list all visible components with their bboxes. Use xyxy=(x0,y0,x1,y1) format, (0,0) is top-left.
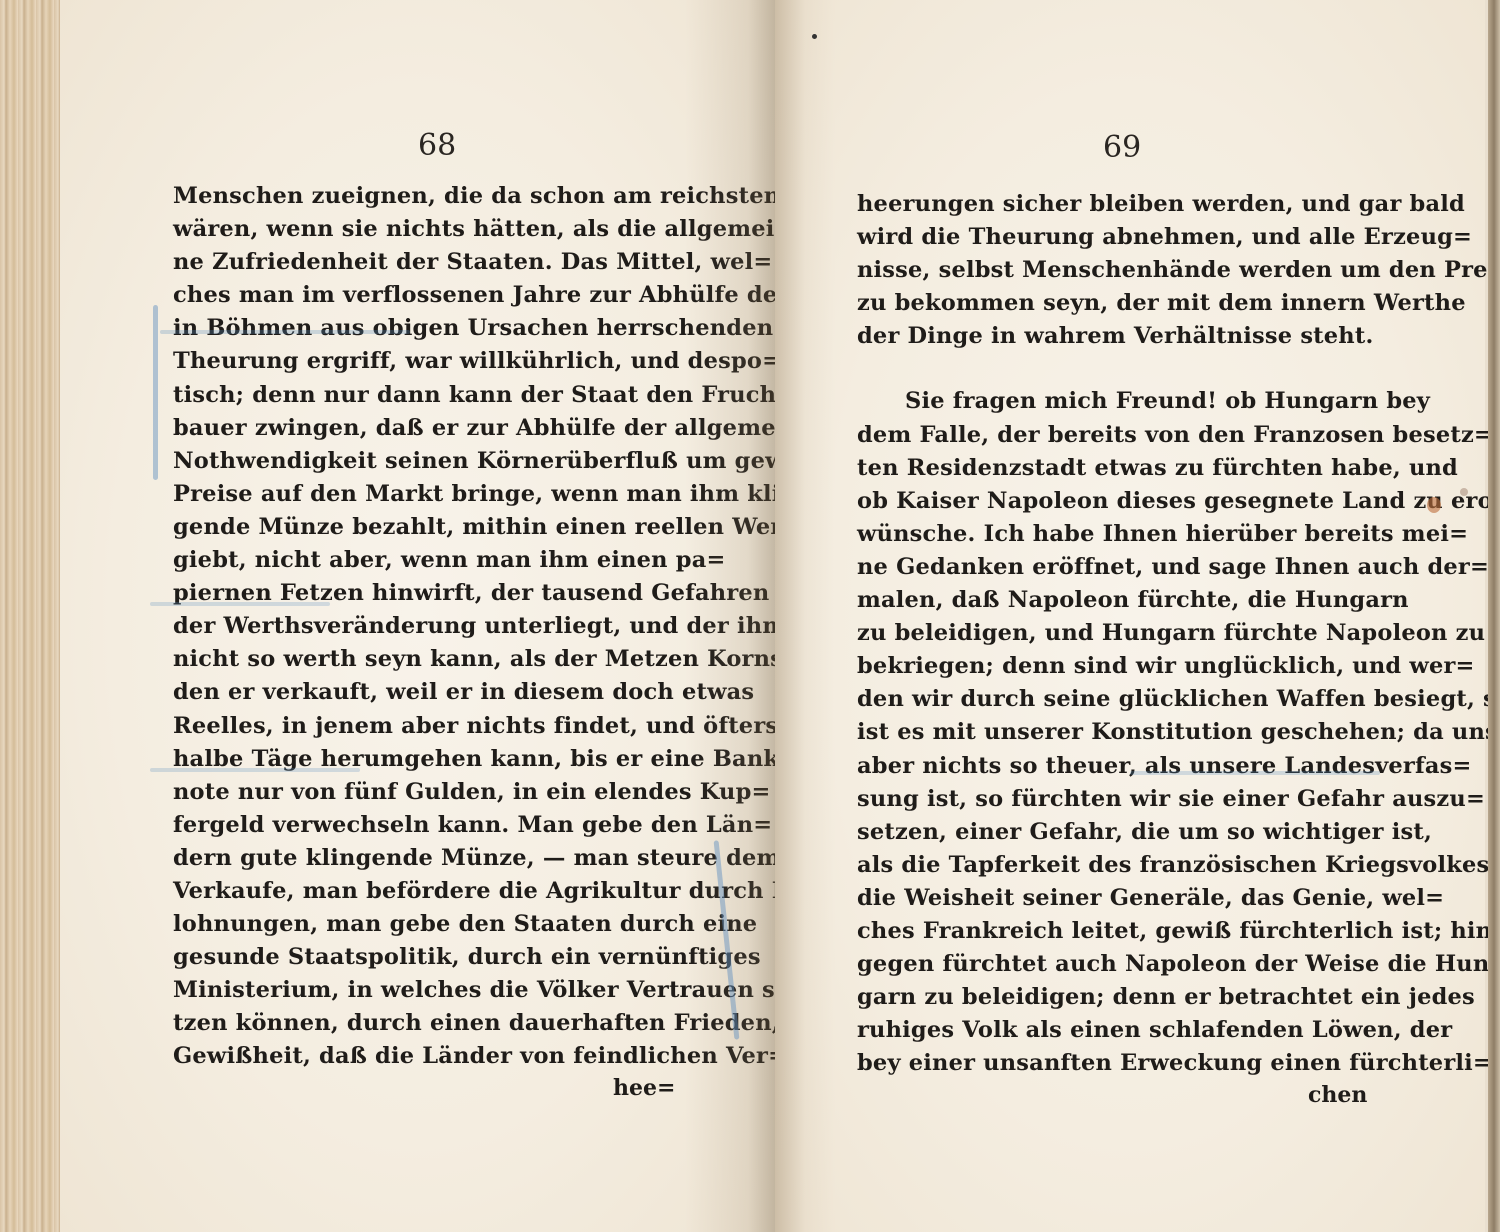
text-line: dem Falle, der bereits von den Franzosen… xyxy=(857,419,1372,452)
paragraph-gap xyxy=(857,353,1372,385)
text-line: wären, wenn sie nichts hätten, als die a… xyxy=(173,213,699,246)
catchword-right: chen xyxy=(1308,1082,1367,1108)
text-line: ne Gedanken eröffnet, und sage Ihnen auc… xyxy=(857,551,1372,584)
text-line: der Werthsveränderung unterliegt, und de… xyxy=(173,610,699,643)
text-line: in Böhmen aus obigen Ursachen herrschend… xyxy=(173,312,699,345)
text-line: die Weisheit seiner Generäle, das Genie,… xyxy=(857,882,1372,915)
text-line: tisch; denn nur dann kann der Staat den … xyxy=(173,379,699,412)
text-line: dern gute klingende Münze, — man steure … xyxy=(173,842,699,875)
text-line: setzen, einer Gefahr, die um so wichtige… xyxy=(857,816,1372,849)
text-line: bauer zwingen, daß er zur Abhülfe der al… xyxy=(173,412,699,445)
text-line: den er verkauft, weil er in diesem doch … xyxy=(173,676,699,709)
text-line: Nothwendigkeit seinen Körnerüberfluß um … xyxy=(173,445,699,478)
blue-pencil-underline xyxy=(160,330,410,334)
text-line: garn zu beleidigen; denn er betrachtet e… xyxy=(857,981,1372,1014)
text-line: Sie fragen mich Freund! ob Hungarn bey xyxy=(857,385,1372,418)
text-line: den wir durch seine glücklichen Waffen b… xyxy=(857,683,1372,716)
text-line: tzen können, durch einen dauerhaften Fri… xyxy=(173,1007,699,1040)
right-page: 69 heerungen sicher bleiben werden, und … xyxy=(775,0,1485,1232)
left-page: 68 Menschen zueignen, die da schon am re… xyxy=(60,0,775,1232)
text-line: ne Zufriedenheit der Staaten. Das Mittel… xyxy=(173,246,699,279)
book-spread: 68 Menschen zueignen, die da schon am re… xyxy=(0,0,1500,1232)
text-line: Reelles, in jenem aber nichts findet, un… xyxy=(173,710,699,743)
blue-pencil-underline xyxy=(150,602,330,606)
text-line: malen, daß Napoleon fürchte, die Hungarn xyxy=(857,584,1372,617)
text-line: heerungen sicher bleiben werden, und gar… xyxy=(857,188,1372,221)
text-line: der Dinge in wahrem Verhältnisse steht. xyxy=(857,320,1372,353)
text-line: giebt, nicht aber, wenn man ihm einen pa… xyxy=(173,544,699,577)
text-line: Preise auf den Markt bringe, wenn man ih… xyxy=(173,478,699,511)
text-line: Menschen zueignen, die da schon am reich… xyxy=(173,180,699,213)
text-line: gegen fürchtet auch Napoleon der Weise d… xyxy=(857,948,1372,981)
text-line: fergeld verwechseln kann. Man gebe den L… xyxy=(173,809,699,842)
text-line: zu beleidigen, und Hungarn fürchte Napol… xyxy=(857,617,1372,650)
text-line: wird die Theurung abnehmen, und alle Erz… xyxy=(857,221,1372,254)
text-line: ob Kaiser Napoleon dieses gesegnete Land… xyxy=(857,485,1372,518)
text-line: ten Residenzstadt etwas zu fürchten habe… xyxy=(857,452,1372,485)
blue-pencil-underline xyxy=(1130,771,1380,775)
text-line: bey einer unsanften Erweckung einen fürc… xyxy=(857,1047,1372,1080)
text-line: ist es mit unserer Konstitution geschehe… xyxy=(857,716,1372,749)
text-line: Verkaufe, man befördere die Agrikultur d… xyxy=(173,875,699,908)
text-line: Ministerium, in welches die Völker Vertr… xyxy=(173,974,699,1007)
blue-pencil-margin-mark xyxy=(153,305,158,480)
right-page-edge xyxy=(1488,0,1500,1232)
left-page-text: Menschen zueignen, die da schon am reich… xyxy=(173,180,699,1074)
text-line: Gewißheit, daß die Länder von feindliche… xyxy=(173,1040,699,1073)
text-line: Theurung ergriff, war willkührlich, und … xyxy=(173,345,699,378)
right-page-text: heerungen sicher bleiben werden, und gar… xyxy=(857,188,1372,1080)
text-line: ches Frankreich leitet, gewiß fürchterli… xyxy=(857,915,1372,948)
text-line: wünsche. Ich habe Ihnen hierüber bereits… xyxy=(857,518,1372,551)
text-line: aber nichts so theuer, als unsere Landes… xyxy=(857,750,1372,783)
page-number-left: 68 xyxy=(418,128,456,163)
foxing-stain xyxy=(1427,497,1441,513)
text-line: gesunde Staatspolitik, durch ein vernünf… xyxy=(173,941,699,974)
text-line: ruhiges Volk als einen schlafenden Löwen… xyxy=(857,1014,1372,1047)
text-line: sung ist, so fürchten wir sie einer Gefa… xyxy=(857,783,1372,816)
text-line: bekriegen; denn sind wir unglücklich, un… xyxy=(857,650,1372,683)
text-line: ches man im verflossenen Jahre zur Abhül… xyxy=(173,279,699,312)
text-line: zu bekommen seyn, der mit dem innern Wer… xyxy=(857,287,1372,320)
blue-pencil-underline xyxy=(150,768,360,772)
text-line: note nur von fünf Gulden, in ein elendes… xyxy=(173,776,699,809)
text-line: als die Tapferkeit des französischen Kri… xyxy=(857,849,1372,882)
text-line: nicht so werth seyn kann, als der Metzen… xyxy=(173,643,699,676)
catchword-left: hee= xyxy=(613,1075,675,1101)
foxing-stain xyxy=(1460,488,1468,496)
page-number-right: 69 xyxy=(1103,130,1141,165)
ink-dot xyxy=(812,34,817,39)
text-line: lohnungen, man gebe den Staaten durch ei… xyxy=(173,908,699,941)
text-line: gende Münze bezahlt, mithin einen reelle… xyxy=(173,511,699,544)
text-line: nisse, selbst Menschenhände werden um de… xyxy=(857,254,1372,287)
